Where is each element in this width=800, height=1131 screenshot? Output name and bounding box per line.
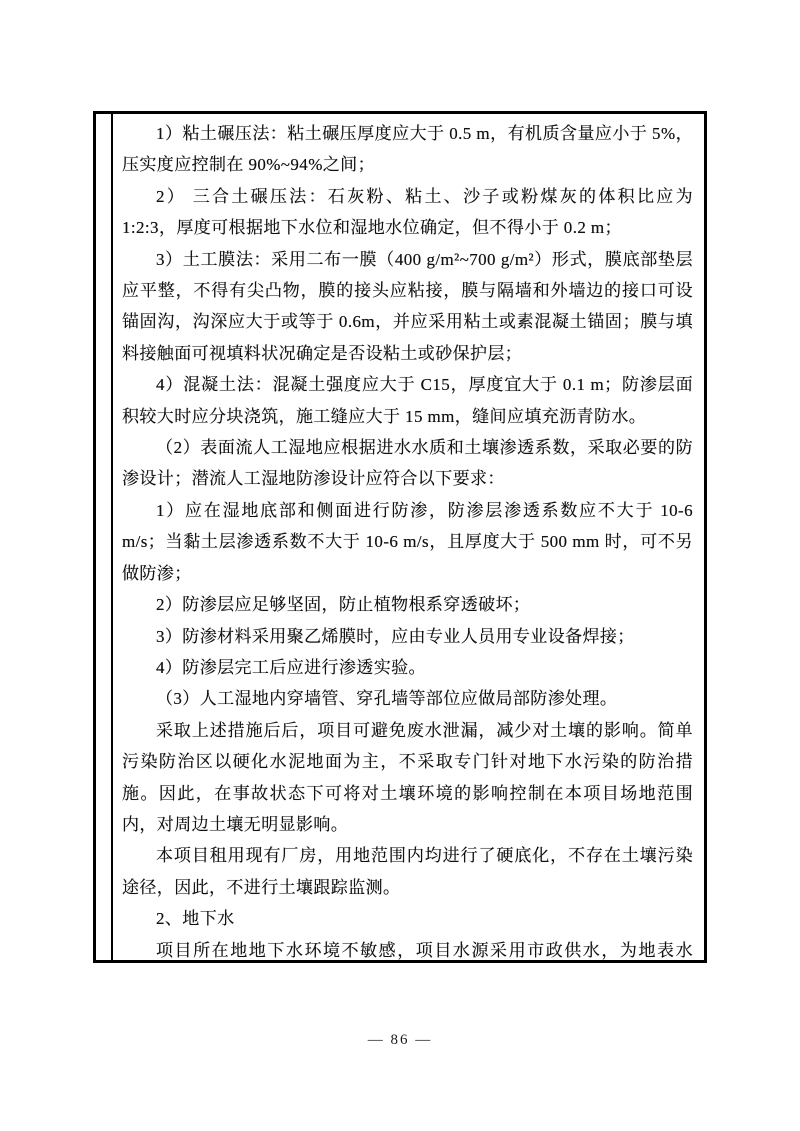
page-number: — 86 — [0, 1032, 800, 1049]
paragraph: 4）防渗层完工后应进行渗透实验。 [122, 652, 693, 683]
paragraph: 1）粘土碾压法：粘土碾压厚度应大于 0.5 m，有机质含量应小于 5%，压实度应… [122, 118, 693, 181]
paragraph: （3）人工湿地内穿墙管、穿孔墙等部位应做局部防渗处理。 [122, 683, 693, 714]
paragraph: 采取上述措施后后，项目可避免废水泄漏，减少对土壤的影响。简单污染防治区以硬化水泥… [122, 715, 693, 841]
paragraph: 2） 三合土碾压法：石灰粉、粘土、沙子或粉煤灰的体积比应为 1:2:3，厚度可根… [122, 181, 693, 244]
paragraph: 3）土工膜法：采用二布一膜（400 g/m²~700 g/m²）形式，膜底部垫层… [122, 244, 693, 370]
section-heading-groundwater: 2、地下水 [122, 903, 693, 934]
paragraph: 1）应在湿地底部和侧面进行防渗，防渗层渗透系数应不大于 10-6 m/s；当黏土… [122, 495, 693, 589]
paragraph: 3）防渗材料采用聚乙烯膜时，应由专业人员用专业设备焊接； [122, 621, 693, 652]
table-left-column [96, 114, 113, 960]
paragraph: 4）混凝土法：混凝土强度应大于 C15，厚度宜大于 0.1 m；防渗层面积较大时… [122, 369, 693, 432]
content-table: 1）粘土碾压法：粘土碾压厚度应大于 0.5 m，有机质含量应小于 5%，压实度应… [93, 111, 707, 963]
paragraph: 2）防渗层应足够坚固，防止植物根系穿透破坏； [122, 589, 693, 620]
paragraph: （2）表面流人工湿地应根据进水水质和土壤渗透系数，采取必要的防渗设计；潜流人工湿… [122, 432, 693, 495]
paragraph: 项目所在地地下水环境不敏感，项目水源采用市政供水，为地表水源，不使用地下水作为供… [122, 935, 693, 960]
table-content-cell: 1）粘土碾压法：粘土碾压厚度应大于 0.5 m，有机质含量应小于 5%，压实度应… [113, 114, 704, 960]
paragraph: 本项目租用现有厂房，用地范围内均进行了硬底化，不存在土壤污染途径，因此，不进行土… [122, 840, 693, 903]
